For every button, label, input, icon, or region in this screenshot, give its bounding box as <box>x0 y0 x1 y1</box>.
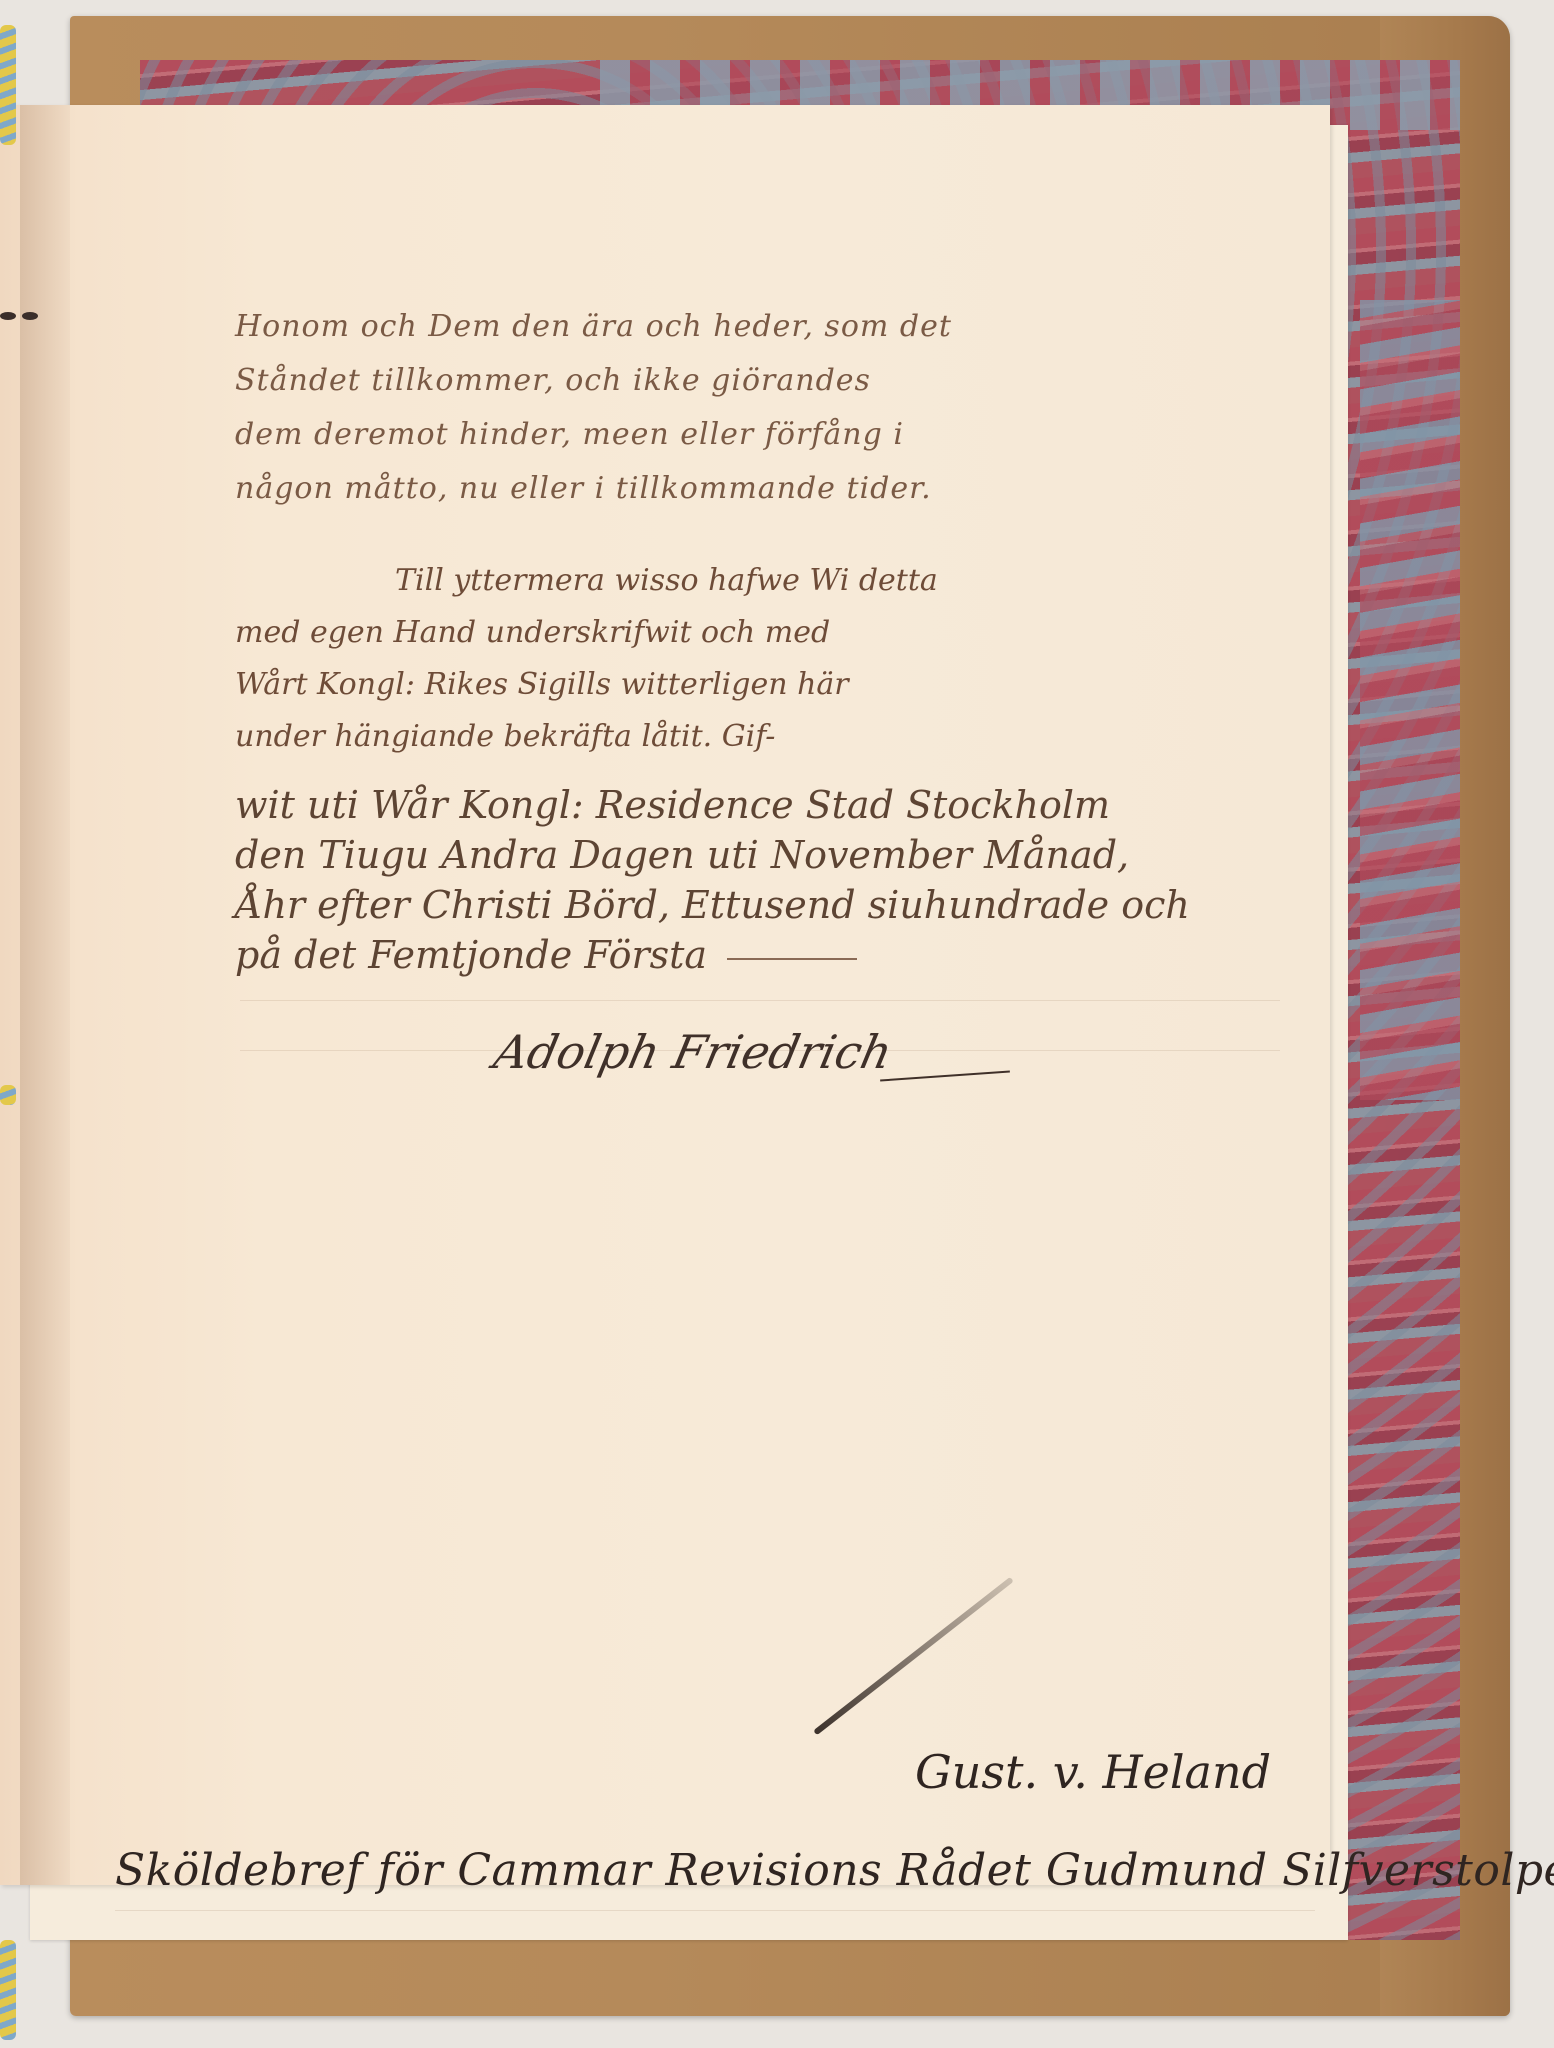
text-line: Wårt Kongl: Rikes Sigills witterligen hä… <box>235 659 938 711</box>
royal-signature: Adolph Friedrich <box>489 1025 897 1079</box>
paragraph-attestation: Till yttermera wisso hafwe Wi detta med … <box>235 555 938 763</box>
document-title-footer: Sköldebref för Cammar Revisions Rådet Gu… <box>115 1845 1554 1896</box>
binding-cord-bottom <box>0 1940 16 2040</box>
paragraph-dating-clause: wit uti Wår Kongl: Residence Stad Stockh… <box>235 780 1190 980</box>
text-line: med egen Hand underskrifwit och med <box>235 607 938 659</box>
text-line: på det Femtjonde Första <box>235 930 1190 980</box>
text-fragment: på det Femtjonde Första <box>235 933 707 977</box>
paragraph-closing-clause: Honom och Dem den ära och heder, som det… <box>235 300 952 516</box>
ruled-line <box>115 1910 1315 1911</box>
text-line: wit uti Wår Kongl: Residence Stad Stockh… <box>235 780 1190 830</box>
binding-cord-middle <box>0 1085 16 1105</box>
text-line: Till yttermera wisso hafwe Wi detta <box>235 555 938 607</box>
text-line: någon måtto, nu eller i tillkommande tid… <box>235 462 952 516</box>
text-line: Åhr efter Christi Börd, Ettusend siuhund… <box>235 880 1190 930</box>
ink-blot <box>0 312 16 320</box>
text-line: den Tiugu Andra Dagen uti November Månad… <box>235 830 1190 880</box>
page-gutter <box>20 105 70 1885</box>
ink-blot <box>22 312 38 320</box>
text-line: under hängiande bekräfta låtit. Gif- <box>235 711 938 763</box>
text-line: Ståndet tillkommer, och ikke giörandes <box>235 354 952 408</box>
binding-cord-top <box>0 25 16 145</box>
ruled-line <box>240 1000 1280 1001</box>
secretary-signature: Gust. v. Heland <box>915 1745 1271 1799</box>
text-line: Honom och Dem den ära och heder, som det <box>235 300 952 354</box>
marbled-endpaper-right-band <box>1360 300 1460 1100</box>
text-line: dem deremot hinder, meen eller förfång i <box>235 408 952 462</box>
flourish-line <box>727 958 857 960</box>
